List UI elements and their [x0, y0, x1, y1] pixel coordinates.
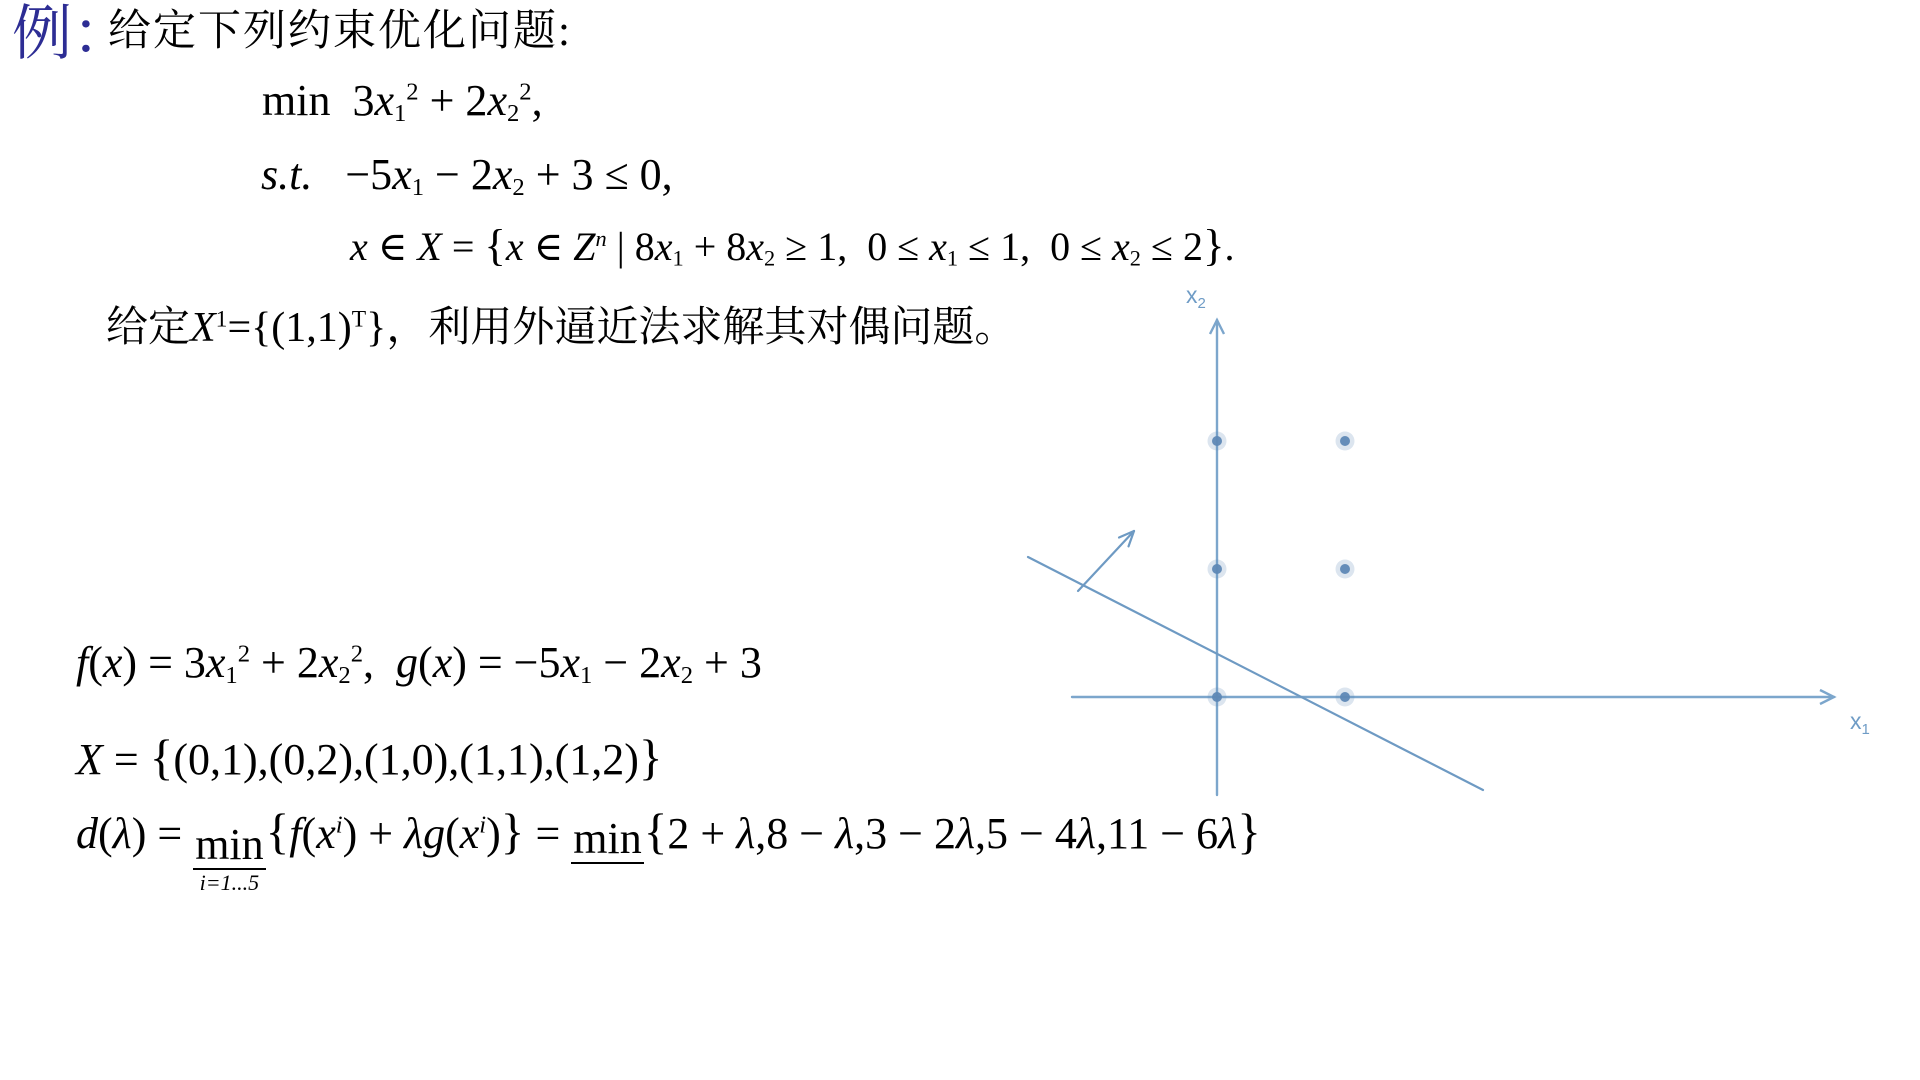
lattice-figure: x1x2	[0, 0, 1920, 1080]
x2-axis-label: x2	[1186, 282, 1206, 312]
lattice-dot	[1212, 692, 1222, 702]
lattice-dot	[1340, 436, 1350, 446]
cut-line	[1028, 557, 1483, 790]
lattice-dot	[1340, 564, 1350, 574]
lattice-dot	[1212, 436, 1222, 446]
slide: { "tag": "例：", "title": "给定下列约束优化问题:", "…	[0, 0, 1920, 1080]
lattice-dot	[1212, 564, 1222, 574]
lattice-dot	[1340, 692, 1350, 702]
x1-axis-label: x1	[1850, 708, 1870, 738]
normal-arrow	[1078, 531, 1134, 591]
